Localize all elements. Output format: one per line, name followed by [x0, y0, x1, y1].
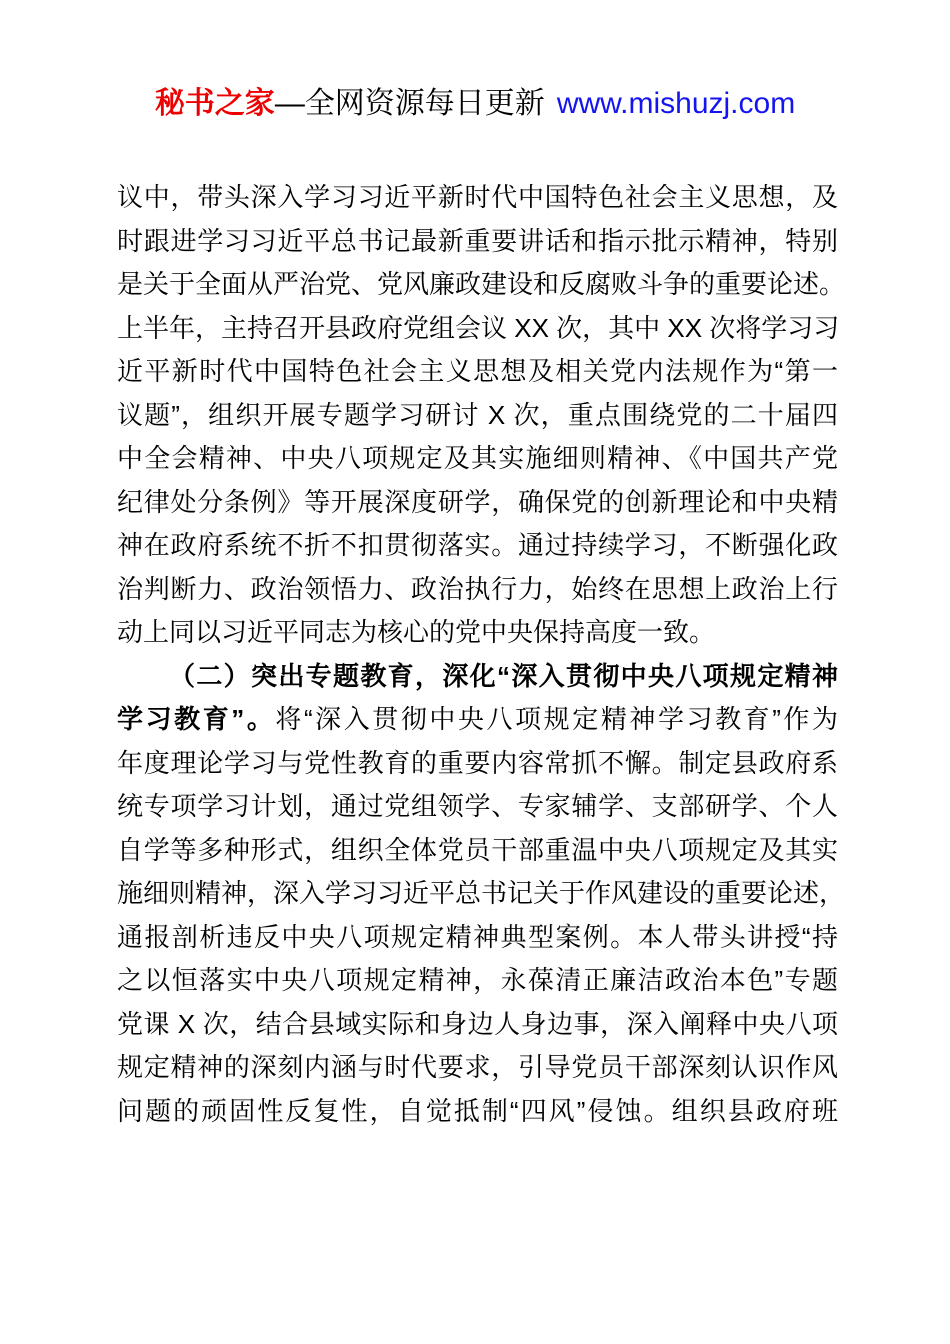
- text-segment-bold: 学习教育”。: [117, 704, 275, 734]
- text-line: 问题的顽固性反复性，自觉抵制“四风”侵蚀。组织县政府班: [117, 1090, 838, 1134]
- text-segment: 统专项学习计划，通过党组领学、专家辅学、支部研学、个人: [117, 791, 838, 821]
- text-line: 通报剖析违反中央八项规定精神典型案例。本人带头讲授“持: [117, 916, 838, 960]
- text-segment: 通报剖析违反中央八项规定精神典型案例。本人带头讲授“持: [117, 922, 838, 952]
- text-segment: 治判断力、政治领悟力、政治执行力，始终在思想上政治上行: [117, 574, 838, 604]
- text-line: 议中，带头深入学习习近平新时代中国特色社会主义思想，及: [117, 176, 838, 220]
- text-line: 统专项学习计划，通过党组领学、专家辅学、支部研学、个人: [117, 785, 838, 829]
- document-page: 秘书之家—全网资源每日更新www.mishuzj.com 议中，带头深入学习习近…: [0, 0, 950, 1344]
- text-segment: 问题的顽固性反复性，自觉抵制“四风”侵蚀。组织县政府班: [117, 1096, 838, 1126]
- text-line: 治判断力、政治领悟力、政治执行力，始终在思想上政治上行: [117, 568, 838, 612]
- text-segment-bold: （二）突出专题教育，深化“深入贯彻中央八项规定精神: [169, 661, 838, 691]
- text-line: 之以恒落实中央八项规定精神，永葆清正廉洁政治本色”专题: [117, 959, 838, 1003]
- text-line: 神在政府系统不折不扣贯彻落实。通过持续学习，不断强化政: [117, 524, 838, 568]
- text-segment: 中全会精神、中央八项规定及其实施细则精神、《中国共产党: [117, 443, 838, 473]
- text-line: （二）突出专题教育，深化“深入贯彻中央八项规定精神: [117, 655, 838, 699]
- text-line: 纪律处分条例》等开展深度研学，确保党的创新理论和中央精: [117, 481, 838, 525]
- site-url: www.mishuzj.com: [557, 87, 795, 120]
- text-segment: 神在政府系统不折不扣贯彻落实。通过持续学习，不断强化政: [117, 530, 838, 560]
- text-segment: 年度理论学习与党性教育的重要内容常抓不懈。制定县政府系: [117, 748, 838, 778]
- text-segment: 纪律处分条例》等开展深度研学，确保党的创新理论和中央精: [117, 487, 838, 517]
- site-header: 秘书之家—全网资源每日更新www.mishuzj.com: [0, 84, 950, 124]
- text-line: 是关于全面从严治党、党风廉政建设和反腐败斗争的重要论述。: [117, 263, 838, 307]
- text-segment: 议题”，组织开展专题学习研讨 X 次，重点围绕党的二十届四: [117, 400, 838, 430]
- text-segment: 将“深入贯彻中央八项规定精神学习教育”作为: [275, 704, 838, 734]
- text-line: 动上同以习近平同志为核心的党中央保持高度一致。: [117, 611, 838, 655]
- text-segment: 动上同以习近平同志为核心的党中央保持高度一致。: [117, 617, 715, 647]
- text-segment: 施细则精神，深入学习习近平总书记关于作风建设的重要论述，: [117, 878, 845, 908]
- text-segment: 规定精神的深刻内涵与时代要求，引导党员干部深刻认识作风: [117, 1052, 838, 1082]
- text-segment: 自学等多种形式，组织全体党员干部重温中央八项规定及其实: [117, 835, 838, 865]
- text-segment: 时跟进学习习近平总书记最新重要讲话和指示批示精神，特别: [117, 226, 838, 256]
- text-segment: 上半年，主持召开县政府党组会议 XX 次，其中 XX 次将学习习: [117, 313, 839, 343]
- text-line: 党课 X 次，结合县域实际和身边人身边事，深入阐释中央八项: [117, 1003, 838, 1047]
- text-line: 上半年，主持召开县政府党组会议 XX 次，其中 XX 次将学习习: [117, 307, 838, 351]
- text-line: 规定精神的深刻内涵与时代要求，引导党员干部深刻认识作风: [117, 1046, 838, 1090]
- text-line: 年度理论学习与党性教育的重要内容常抓不懈。制定县政府系: [117, 742, 838, 786]
- text-segment: 议中，带头深入学习习近平新时代中国特色社会主义思想，及: [117, 182, 838, 212]
- text-segment: 党课 X 次，结合县域实际和身边人身边事，深入阐释中央八项: [117, 1009, 838, 1039]
- site-tagline: —全网资源每日更新: [275, 87, 545, 120]
- text-line: 中全会精神、中央八项规定及其实施细则精神、《中国共产党: [117, 437, 838, 481]
- text-segment: 是关于全面从严治党、党风廉政建设和反腐败斗争的重要论述。: [117, 269, 845, 299]
- text-line: 议题”，组织开展专题学习研讨 X 次，重点围绕党的二十届四: [117, 394, 838, 438]
- text-segment: 之以恒落实中央八项规定精神，永葆清正廉洁政治本色”专题: [117, 965, 838, 995]
- document-body: 议中，带头深入学习习近平新时代中国特色社会主义思想，及时跟进学习习近平总书记最新…: [117, 176, 838, 1133]
- site-brand: 秘书之家: [155, 87, 275, 120]
- text-segment: 近平新时代中国特色社会主义思想及相关党内法规作为“第一: [117, 356, 838, 386]
- text-line: 近平新时代中国特色社会主义思想及相关党内法规作为“第一: [117, 350, 838, 394]
- text-line: 学习教育”。将“深入贯彻中央八项规定精神学习教育”作为: [117, 698, 838, 742]
- text-line: 施细则精神，深入学习习近平总书记关于作风建设的重要论述，: [117, 872, 838, 916]
- text-line: 时跟进学习习近平总书记最新重要讲话和指示批示精神，特别: [117, 220, 838, 264]
- text-line: 自学等多种形式，组织全体党员干部重温中央八项规定及其实: [117, 829, 838, 873]
